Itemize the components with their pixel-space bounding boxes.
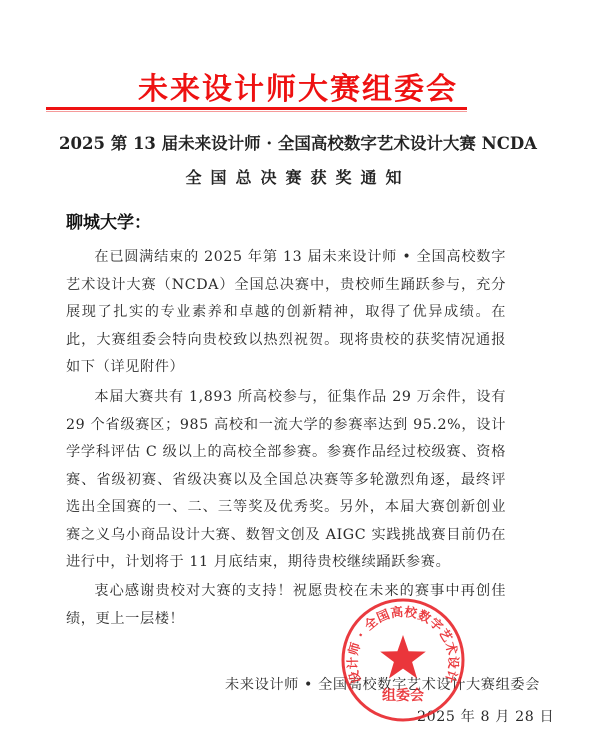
header-divider-thick	[46, 107, 467, 110]
header-divider-thin	[46, 111, 467, 112]
body-paragraph-2: 本届大赛共有 1,893 所高校参与，征集作品 29 万余件，设有 29 个省级…	[66, 384, 506, 577]
body-paragraph-1: 在已圆满结束的 2025 年第 13 届未来设计师 • 全国高校数字艺术设计大赛…	[66, 244, 506, 382]
seal-center-text: 组委会	[382, 687, 424, 704]
notice-title-line-2: 全国总决赛获奖通知	[0, 167, 596, 189]
star-icon	[380, 635, 426, 679]
recipient-salutation: 聊城大学：	[66, 208, 151, 233]
official-seal-stamp: 未来设计师 · 全国高校数字艺术设计大赛 组委会	[340, 597, 466, 723]
svg-text:未来设计师 · 全国高校数字艺术设计大赛: 未来设计师 · 全国高校数字艺术设计大赛	[340, 597, 461, 685]
seal-ring-text: 未来设计师 · 全国高校数字艺术设计大赛	[340, 597, 461, 685]
notice-title-line-1: 2025 第 13 届未来设计师 · 全国高校数字艺术设计大赛 NCDA	[0, 133, 596, 155]
organization-header: 未来设计师大赛组委会	[0, 72, 596, 108]
notice-document: 未来设计师大赛组委会 2025 第 13 届未来设计师 · 全国高校数字艺术设计…	[0, 0, 596, 745]
